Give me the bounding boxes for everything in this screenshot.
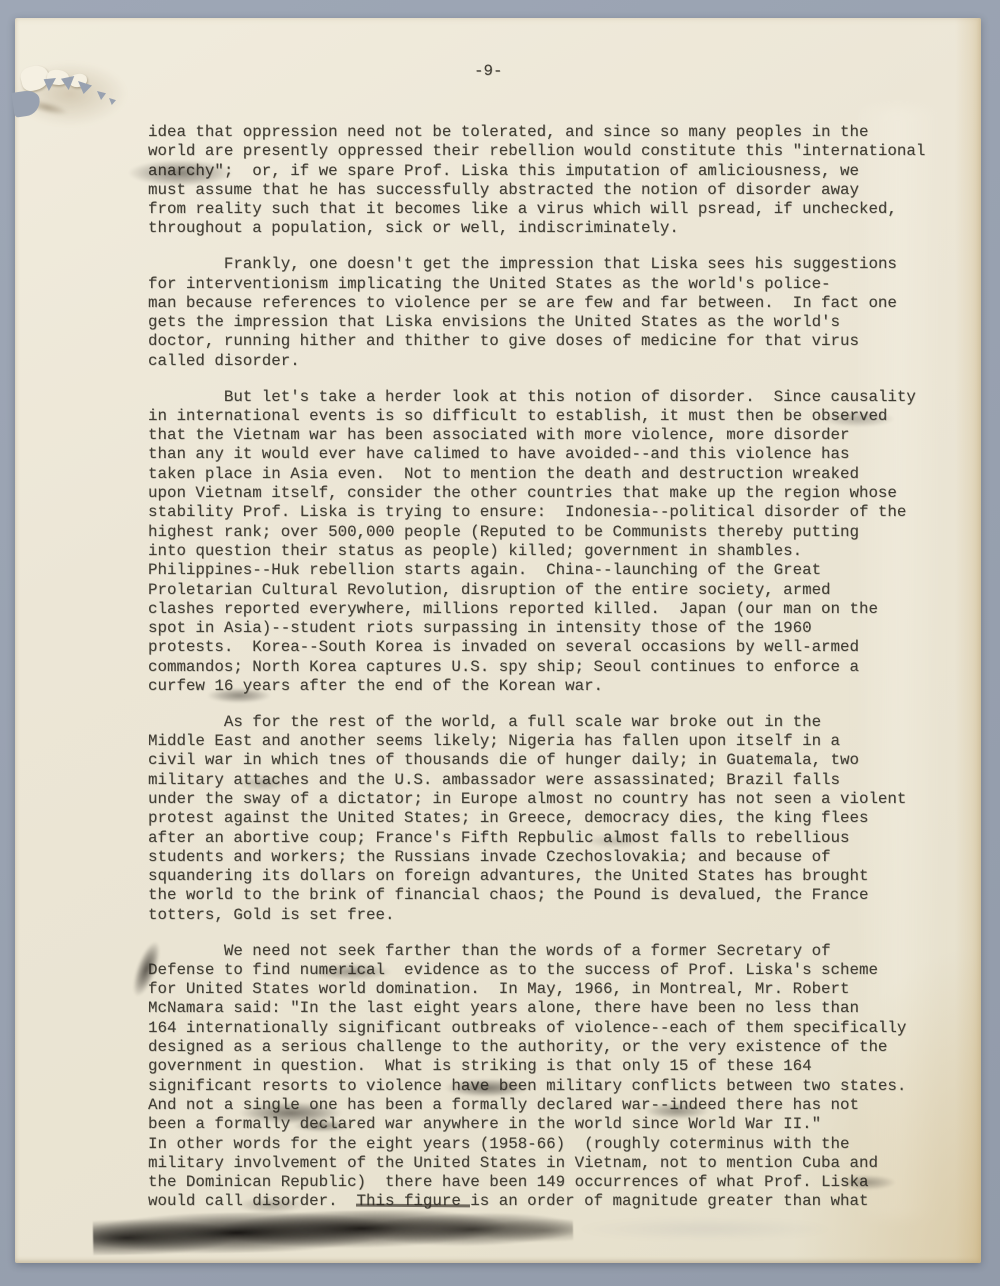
ink-smudge-have-been xyxy=(444,1079,530,1097)
ink-smudge-war-indeed xyxy=(645,1103,709,1119)
ink-smear-redacted-line xyxy=(93,1207,574,1255)
document-page: -9- idea that oppression need not be tol… xyxy=(15,18,981,1263)
ink-smudge-observed xyxy=(821,411,895,427)
ink-smudge-attaches xyxy=(237,775,289,791)
document-body: idea that oppression need not be tolerat… xyxy=(148,123,960,1228)
ink-smudge-disorder xyxy=(237,1197,305,1213)
faint-ghost-mark xyxy=(575,1218,835,1240)
paragraph-1: idea that oppression need not be tolerat… xyxy=(148,123,960,239)
ink-smudge-16-years xyxy=(207,688,271,703)
page-number: -9- xyxy=(474,62,502,81)
scan-backdrop: -9- idea that oppression need not be tol… xyxy=(0,0,1000,1286)
paragraph-5: We need not seek farther than the words … xyxy=(148,942,960,1212)
ink-smudge-numerical xyxy=(310,964,392,980)
ink-smudge-single-tail xyxy=(293,1120,351,1132)
ink-smudge-liska xyxy=(838,1175,896,1190)
paragraph-2: Frankly, one doesn't get the impression … xyxy=(148,255,960,371)
ink-smudge-anarchy xyxy=(128,160,233,186)
ink-smudge-almost xyxy=(585,834,643,848)
paragraph-4: As for the rest of the world, a full sca… xyxy=(148,713,960,925)
paragraph-3: But let's take a herder look at this not… xyxy=(148,388,960,697)
